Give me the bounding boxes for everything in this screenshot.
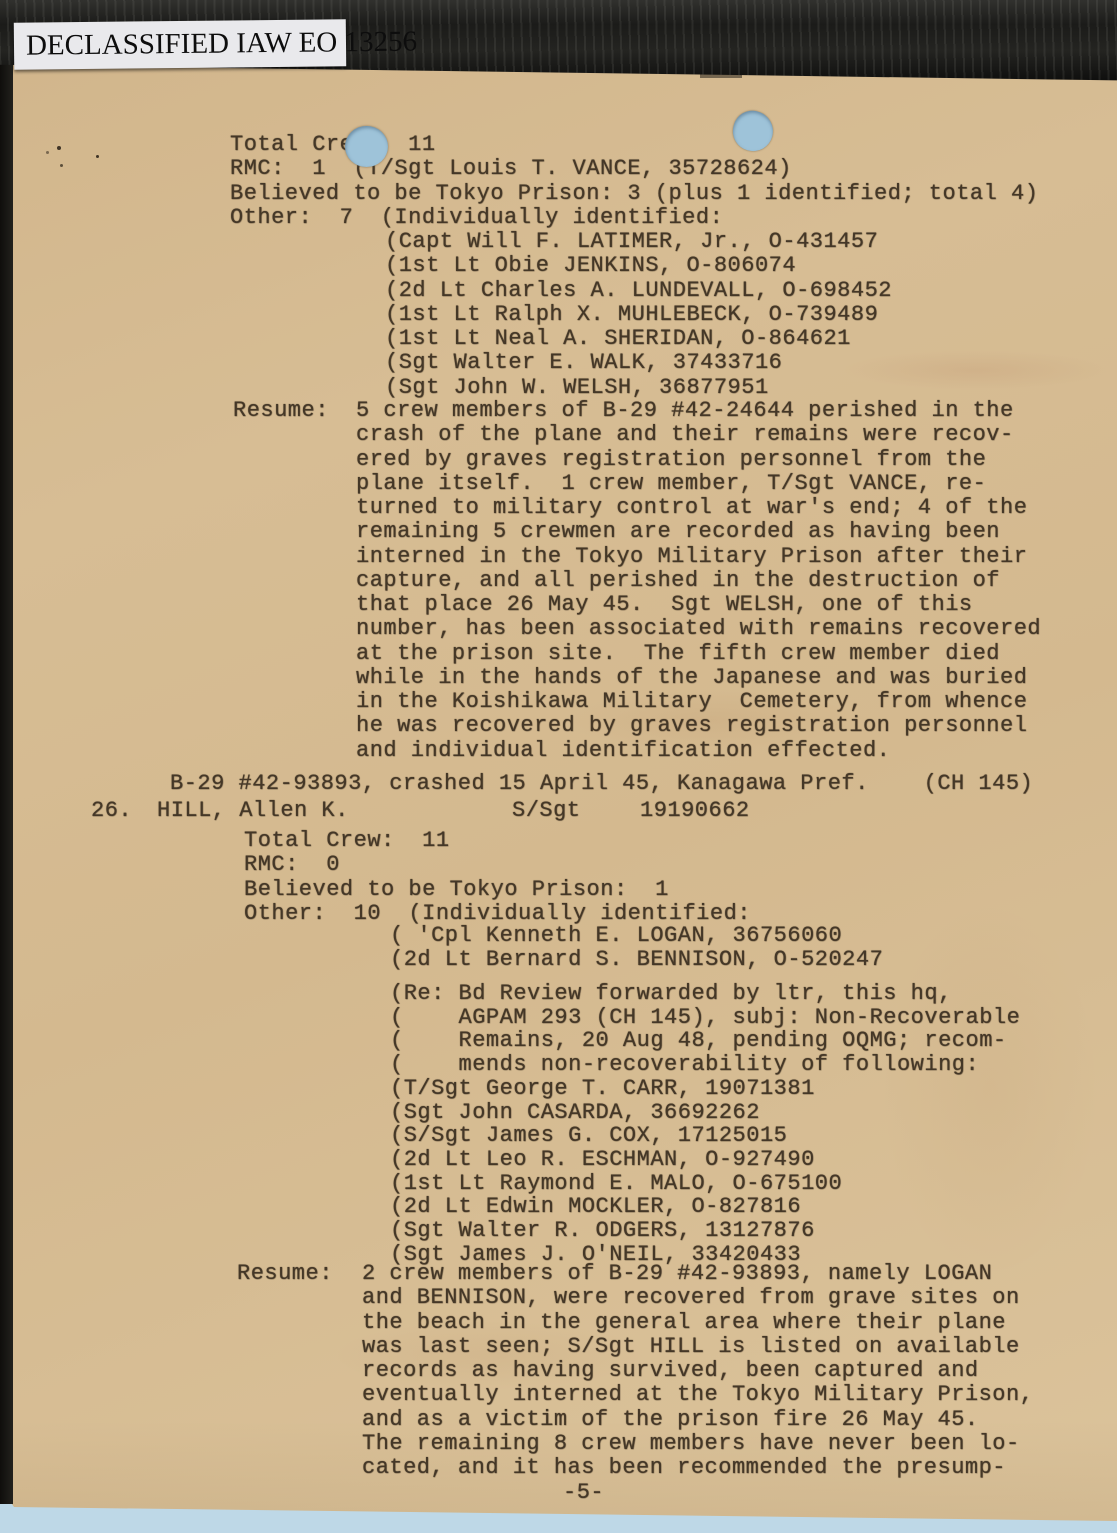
text-line: 2 crew members of B-29 #42-93893, namely… <box>362 1262 1033 1286</box>
text-line: and individual identification effected. <box>356 739 1041 763</box>
prev-entry-resume-text: 5 crew members of B-29 #42-24644 perishe… <box>356 399 1041 763</box>
page-number: -5- <box>563 1481 604 1505</box>
text-line: RMC: 0 <box>244 853 751 877</box>
text-line: remaining 5 crewmen are recorded as havi… <box>356 520 1041 544</box>
text-line: (T/Sgt George T. CARR, 19071381 <box>390 1077 1020 1101</box>
casualty-name: HILL, Allen K. <box>157 799 349 823</box>
text-line: (Capt Will F. LATIMER, Jr., O-431457 <box>385 230 892 254</box>
text-line: (1st Lt Obie JENKINS, O-806074 <box>385 254 892 278</box>
text-line: ( Remains, 20 Aug 48, pending OQMG; reco… <box>390 1029 1020 1053</box>
text-line: Other: 7 (Individually identified: <box>230 206 1038 230</box>
text-line: plane itself. 1 crew member, T/Sgt VANCE… <box>356 472 1041 496</box>
entry-crew-note-and-list: (Re: Bd Review forwarded by ltr, this hq… <box>390 982 1020 1266</box>
text-line: and BENNISON, were recovered from grave … <box>362 1286 1033 1310</box>
text-line: Believed to be Tokyo Prison: 3 (plus 1 i… <box>230 182 1038 206</box>
text-line: ( mends non-recoverability of following: <box>390 1053 1020 1077</box>
text-line: interned in the Tokyo Military Prison af… <box>356 545 1041 569</box>
text-line: while in the hands of the Japanese and w… <box>356 666 1041 690</box>
text-line: (Re: Bd Review forwarded by ltr, this hq… <box>390 982 1020 1006</box>
text-line: ( AGPAM 293 (CH 145), subj: Non-Recovera… <box>390 1006 1020 1030</box>
text-line: was last seen; S/Sgt HILL is listed on a… <box>362 1335 1033 1359</box>
text-line: Believed to be Tokyo Prison: 1 <box>244 878 751 902</box>
casualty-serial-number: 19190662 <box>640 799 750 823</box>
text-line: 5 crew members of B-29 #42-24644 perishe… <box>356 399 1041 423</box>
text-line: (Sgt Walter R. ODGERS, 13127876 <box>390 1219 1020 1243</box>
declassified-stamp: DECLASSIFIED IAW EO 13256 <box>14 19 346 69</box>
text-line: (1st Lt Raymond E. MALO, O-675100 <box>390 1172 1020 1196</box>
text-line: in the Koishikawa Military Cemetery, fro… <box>356 690 1041 714</box>
casualty-rank: S/Sgt <box>512 799 581 823</box>
entry-resume-text: 2 crew members of B-29 #42-93893, namely… <box>362 1262 1033 1480</box>
entry-stats: Total Crew: 11RMC: 0Believed to be Tokyo… <box>244 829 751 926</box>
text-line: Total Crew: 11 <box>244 829 751 853</box>
text-line: (1st Lt Neal A. SHERIDAN, O-864621 <box>385 327 892 351</box>
text-line: (Sgt Walter E. WALK, 37433716 <box>385 351 892 375</box>
entry-number: 26. <box>91 799 132 823</box>
aircraft-line: B-29 #42-93893, crashed 15 April 45, Kan… <box>170 772 1033 796</box>
text-line: (2d Lt Edwin MOCKLER, O-827816 <box>390 1195 1020 1219</box>
text-line: (Sgt John CASARDA, 36692262 <box>390 1101 1020 1125</box>
text-line: the beach in the general area where thei… <box>362 1311 1033 1335</box>
text-line: at the prison site. The fifth crew membe… <box>356 642 1041 666</box>
text-line: and as a victim of the prison fire 26 Ma… <box>362 1408 1033 1432</box>
text-line: ered by graves registration personnel fr… <box>356 448 1041 472</box>
text-line: records as having survived, been capture… <box>362 1359 1033 1383</box>
punched-hole <box>345 126 388 167</box>
text-line: ( 'Cpl Kenneth E. LOGAN, 36756060 <box>390 924 883 948</box>
text-line: (1st Lt Ralph X. MUHLEBECK, O-739489 <box>385 303 892 327</box>
text-line: (Sgt John W. WELSH, 36877951 <box>385 376 892 400</box>
entry-resume-label: Resume: <box>237 1262 333 1286</box>
text-line: (2d Lt Bernard S. BENNISON, O-520247 <box>390 948 883 972</box>
text-line: (2d Lt Leo R. ESCHMAN, O-927490 <box>390 1148 1020 1172</box>
typewritten-content: Total Crew: 11RMC: 1 (T/Sgt Louis T. VAN… <box>0 0 1117 1533</box>
binding-edge <box>0 0 13 1504</box>
entry-crew-identified: ( 'Cpl Kenneth E. LOGAN, 36756060(2d Lt … <box>390 924 883 973</box>
text-line: turned to military control at war's end;… <box>356 496 1041 520</box>
text-line: number, has been associated with remains… <box>356 617 1041 641</box>
text-line: he was recovered by graves registration … <box>356 714 1041 738</box>
text-line: cated, and it has been recommended the p… <box>362 1456 1033 1480</box>
prev-entry-resume-label: Resume: <box>233 399 329 423</box>
text-line: (2d Lt Charles A. LUNDEVALL, O-698452 <box>385 279 892 303</box>
casualty-name-line: 26. HILL, Allen K. S/Sgt 19190662 <box>0 799 1117 824</box>
text-line: (S/Sgt James G. COX, 17125015 <box>390 1124 1020 1148</box>
prev-entry-crew-list: (Capt Will F. LATIMER, Jr., O-431457(1st… <box>385 230 892 400</box>
document-page: Total Crew: 11RMC: 1 (T/Sgt Louis T. VAN… <box>0 0 1117 1533</box>
text-line: crash of the plane and their remains wer… <box>356 423 1041 447</box>
text-line: The remaining 8 crew members have never … <box>362 1432 1033 1456</box>
text-line: eventually interned at the Tokyo Militar… <box>362 1383 1033 1407</box>
text-line: capture, and all perished in the destruc… <box>356 569 1041 593</box>
text-line: that place 26 May 45. Sgt WELSH, one of … <box>356 593 1041 617</box>
